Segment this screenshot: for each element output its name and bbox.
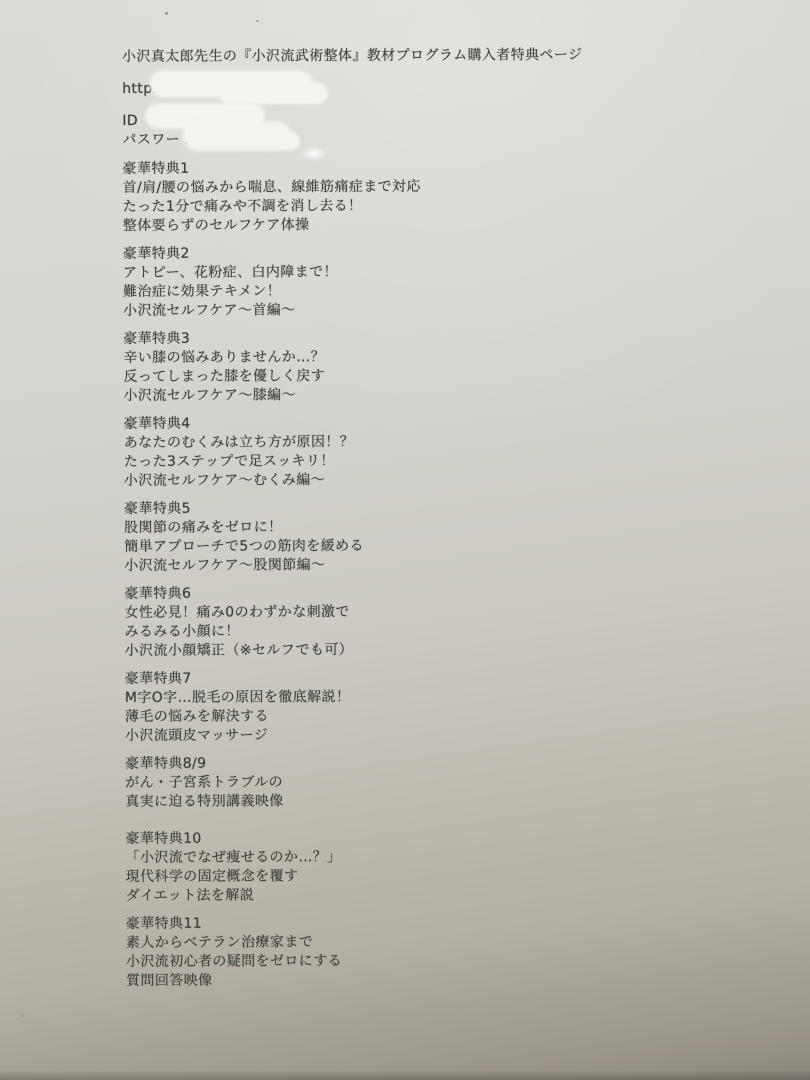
bonus-line: たった1分で痛みや不調を消し去る！ (123, 195, 703, 217)
bonus-section-5: 豪華特典5 股関節の痛みをゼロに！ 簡単アプローチで5つの筋肉を緩める 小沢流セ… (124, 497, 704, 576)
bonus-line: 小沢流セルフケア〜膝編〜 (123, 384, 703, 406)
password-redaction-mark (183, 122, 291, 150)
glare-spot (300, 146, 328, 161)
bonus-heading: 豪華特典8/9 (125, 752, 705, 774)
bonus-heading: 豪華特典7 (125, 667, 705, 689)
bonus-line: M字O字…脱毛の原因を徹底解説！ (125, 686, 705, 708)
bonus-heading: 豪華特典3 (123, 327, 703, 349)
bonus-heading: 豪華特典10 (125, 827, 705, 849)
bonus-heading: 豪華特典1 (122, 157, 702, 179)
bonus-line: 小沢流小顔矯正（※セルフでも可） (125, 639, 705, 661)
bonus-line: がん・子宮系トラブルの (125, 771, 705, 793)
bonus-section-1: 豪華特典1 首/肩/腰の悩みから喘息、線維筋痛症まで対応 たった1分で痛みや不調… (122, 157, 702, 236)
bonus-line: 小沢流セルフケア〜むくみ編〜 (124, 469, 704, 491)
bonus-section-6: 豪華特典6 女性必見！痛み0のわずかな刺激で みるみる小顔に！ 小沢流小顔矯正（… (124, 582, 704, 661)
bonus-section-11: 豪華特典11 素人からベテラン治療家まで 小沢流初心者の疑問をゼロにする 質問回… (126, 912, 706, 991)
photo-edge-shadow (0, 1070, 810, 1080)
bonus-line: たった3ステップで足スッキリ！ (124, 450, 704, 472)
bonus-section-2: 豪華特典2 アトピー、花粉症、白内障まで！ 難治症に効果テキメン！ 小沢流セルフ… (123, 242, 703, 321)
bonus-heading: 豪華特典6 (124, 582, 704, 604)
bonus-line: アトピー、花粉症、白内障まで！ (123, 261, 703, 283)
bonus-section-3: 豪華特典3 辛い膝の悩みありませんか…？ 反ってしまった膝を優しく戻す 小沢流セ… (123, 327, 703, 406)
bonus-line: 小沢流頭皮マッサージ (125, 724, 705, 746)
bonus-line: 整体要らずのセルフケア体操 (123, 214, 703, 236)
photo-of-printed-page: { "photo": { "title": "小沢真太郎先生の『小沢流武術整体』… (0, 0, 810, 1080)
bonus-line: 小沢流初心者の疑問をゼロにする (126, 950, 706, 972)
bonus-line: 簡単アプローチで5つの筋肉を緩める (124, 535, 704, 557)
bonus-line: 「小沢流でなぜ痩せるのか…？」 (125, 846, 705, 868)
bonus-line: 反ってしまった膝を優しく戻す (123, 365, 703, 387)
bonus-line: 質問回答映像 (126, 969, 706, 991)
bonus-line: 小沢流セルフケア〜首編〜 (123, 299, 703, 321)
dust-speck (165, 12, 168, 15)
bonus-section-4: 豪華特典4 あなたのむくみは立ち方が原因！？ たった3ステップで足スッキリ！ 小… (124, 412, 704, 491)
dust-speck (21, 1014, 24, 1017)
bonus-line: あなたのむくみは立ち方が原因！？ (124, 431, 704, 453)
bonus-section-10: 豪華特典10 「小沢流でなぜ痩せるのか…？」 現代科学の固定概念を覆す ダイエッ… (125, 827, 705, 906)
bonus-line: 素人からベテラン治療家まで (126, 931, 706, 953)
bonus-line: 股関節の痛みをゼロに！ (124, 516, 704, 538)
bonus-line: 真実に迫る特別講義映像 (125, 790, 705, 812)
bonus-heading: 豪華特典5 (124, 497, 704, 519)
bonus-line: 辛い膝の悩みありませんか…？ (123, 346, 703, 368)
bonus-heading: 豪華特典4 (124, 412, 704, 434)
bonus-line: みるみる小顔に！ (125, 620, 705, 642)
bonus-line: 現代科学の固定概念を覆す (126, 865, 706, 887)
bonus-heading: 豪華特典2 (123, 242, 703, 264)
document-text: 小沢真太郎先生の『小沢流武術整体』教材プログラム購入者特典ページ https I… (122, 45, 706, 1000)
bonus-line: 女性必見！痛み0のわずかな刺激で (124, 601, 704, 623)
bonus-line: ダイエット法を解説 (126, 884, 706, 906)
bonus-section-7: 豪華特典7 M字O字…脱毛の原因を徹底解説！ 薄毛の悩みを解決する 小沢流頭皮マ… (125, 667, 705, 746)
bonus-line: 首/肩/腰の悩みから喘息、線維筋痛症まで対応 (123, 176, 703, 198)
url-redaction-mark (150, 71, 312, 97)
bonus-line: 小沢流セルフケア〜股関節編〜 (124, 554, 704, 576)
bonus-heading: 豪華特典11 (126, 912, 706, 934)
bonus-line: 薄毛の悩みを解決する (125, 705, 705, 727)
bonus-line: 難治症に効果テキメン！ (123, 280, 703, 302)
page-title: 小沢真太郎先生の『小沢流武術整体』教材プログラム購入者特典ページ (122, 45, 702, 67)
bonus-section-8-9: 豪華特典8/9 がん・子宮系トラブルの 真実に迫る特別講義映像 (125, 752, 705, 812)
dust-speck (256, 20, 259, 22)
